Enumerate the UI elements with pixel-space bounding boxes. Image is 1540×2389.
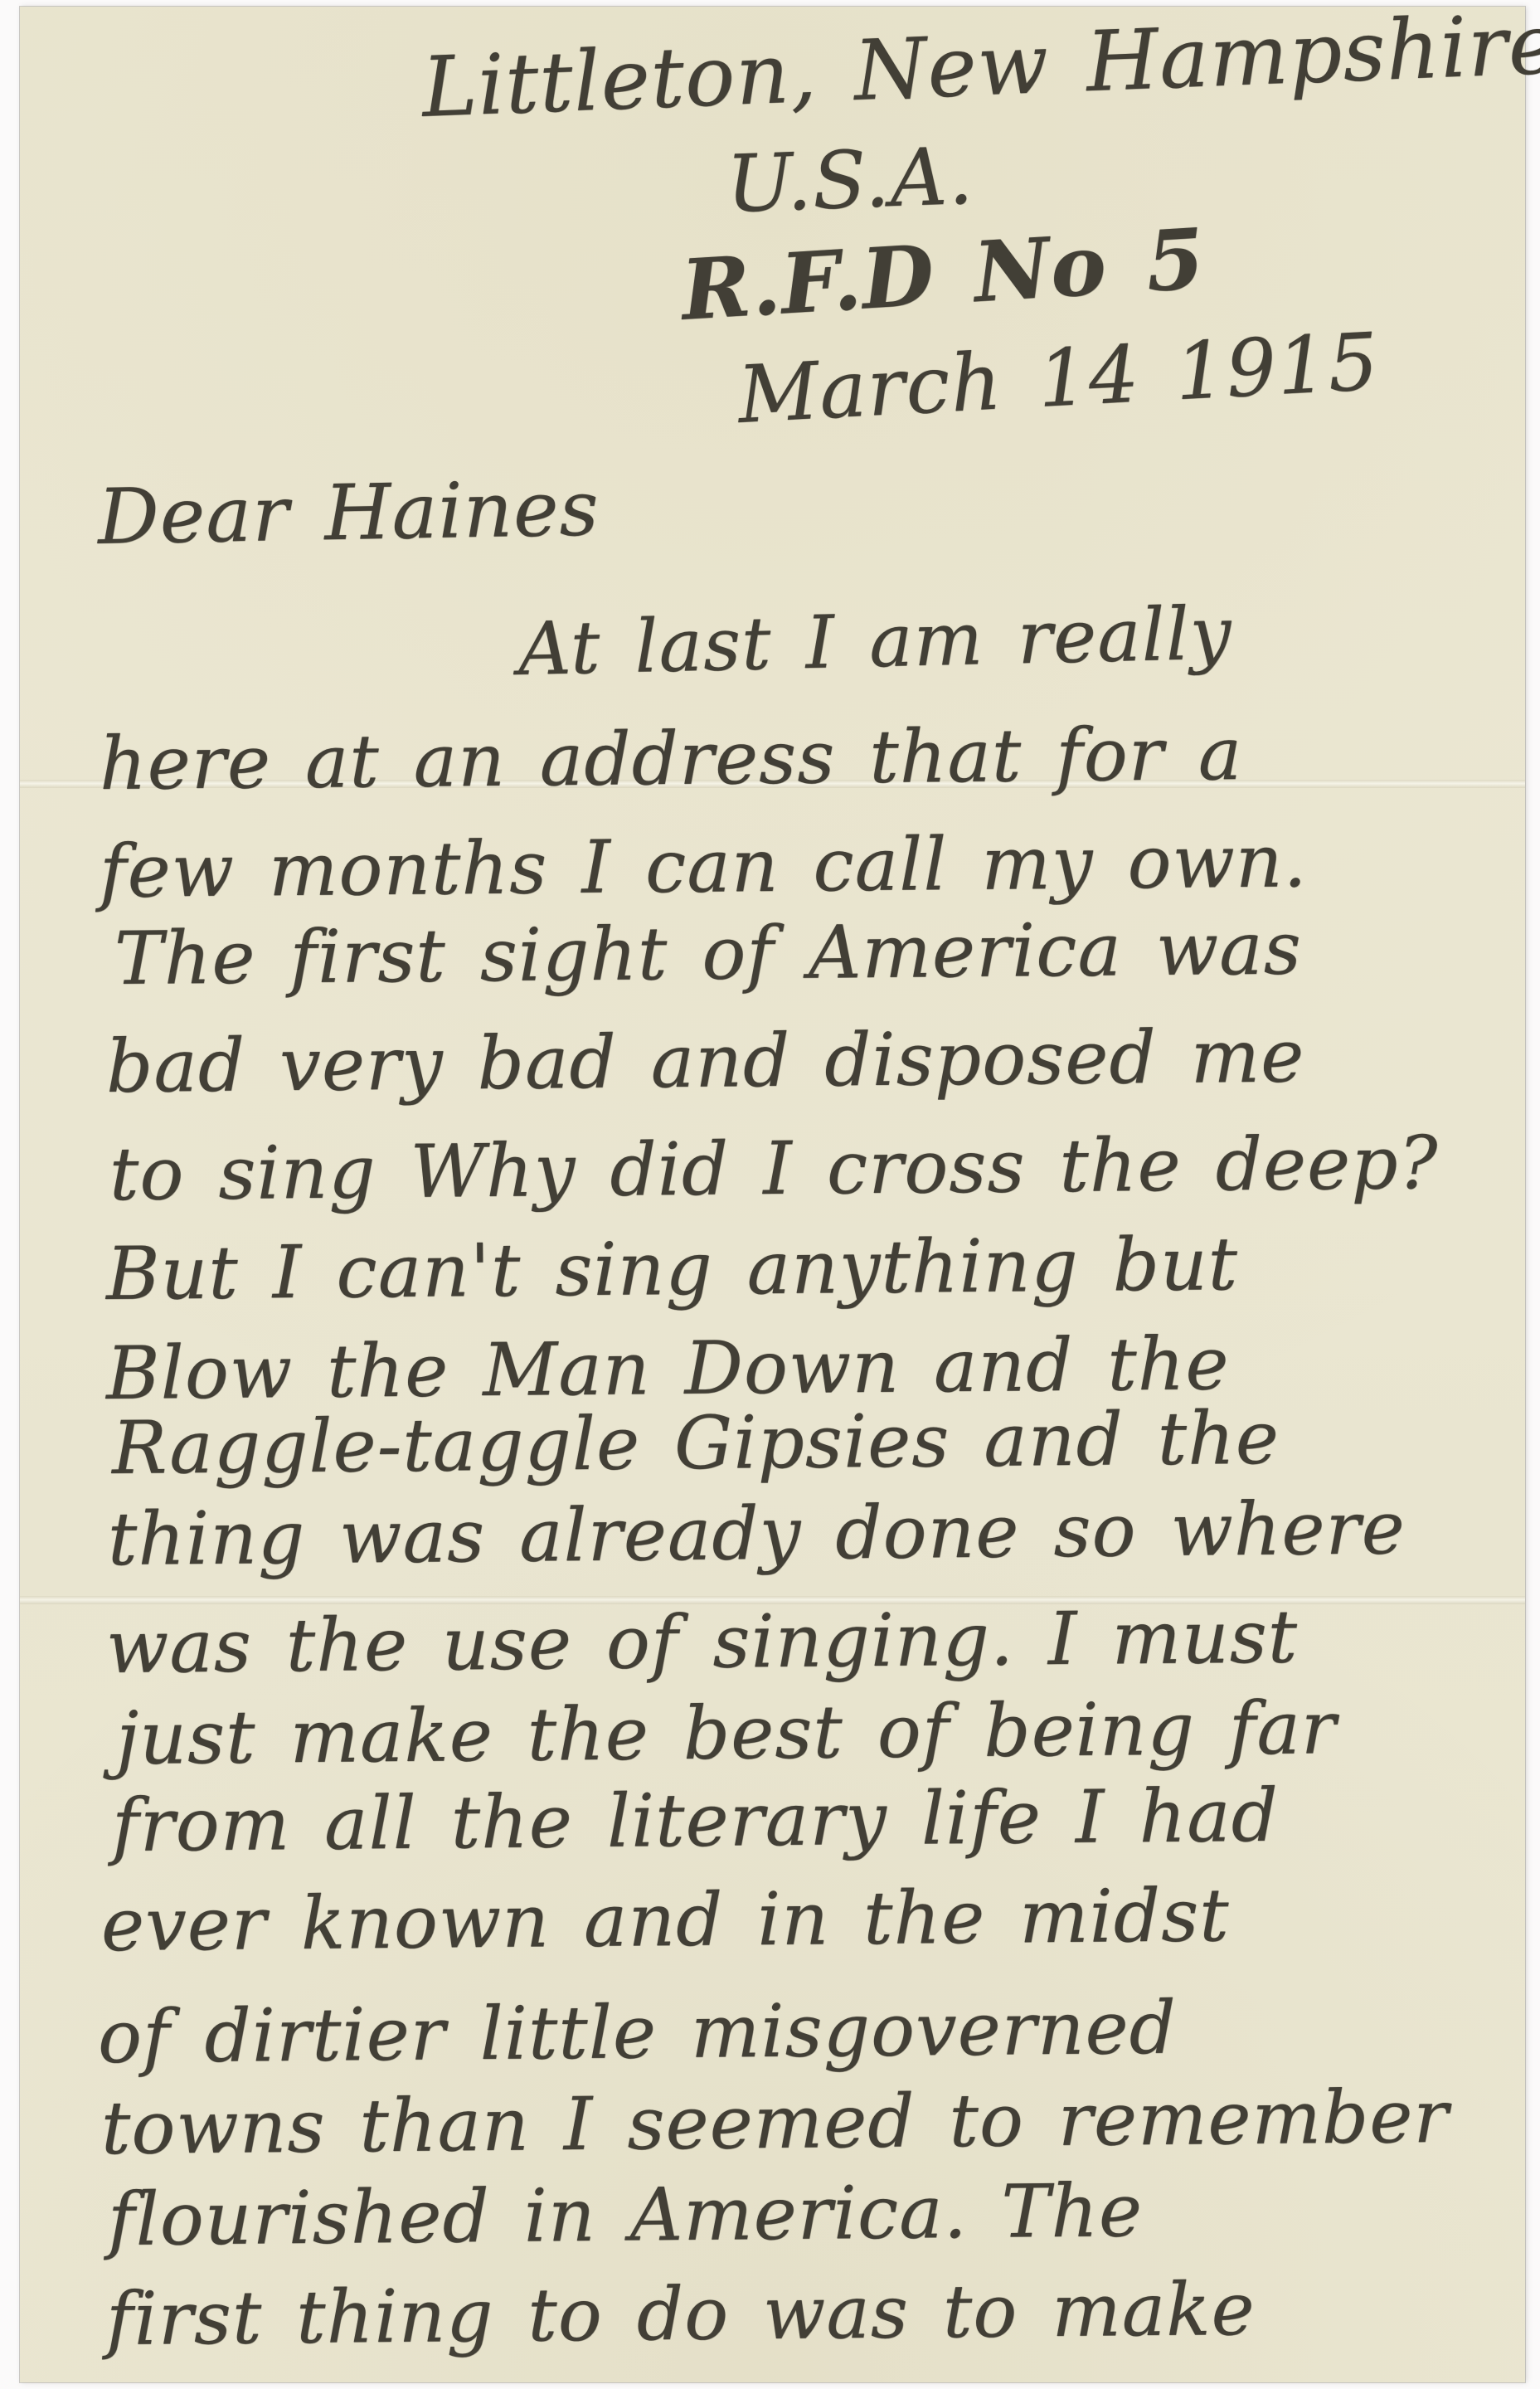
body-line-4: The first sight of America was bbox=[114, 912, 1303, 995]
body-line-13: from all the literary life I had bbox=[112, 1779, 1280, 1862]
body-line-7: But I can't sing anything but bbox=[106, 1228, 1239, 1311]
body-line-15: of dirtier little misgoverned bbox=[98, 1992, 1178, 2074]
letter-scan: Littleton, New Hampshire U.S.A. R.F.D No… bbox=[0, 0, 1540, 2389]
body-line-17: flourished in America. The bbox=[108, 2174, 1144, 2256]
heading-date-line: March 14 1915 bbox=[736, 324, 1382, 435]
body-line-2: here at an address that for a bbox=[100, 718, 1243, 800]
body-line-6: to sing Why did I cross the deep? bbox=[109, 1126, 1439, 1211]
body-line-18: first thing to do was to make bbox=[106, 2273, 1256, 2356]
body-line-16: towns than I seemed to remember bbox=[101, 2080, 1450, 2165]
salutation: Dear Haines bbox=[97, 470, 600, 556]
heading-route-line: R.F.D No 5 bbox=[679, 217, 1207, 332]
body-line-9: Raggle-taggle Gipsies and the bbox=[112, 1402, 1280, 1485]
body-line-3: few months I can call my own. bbox=[100, 825, 1308, 908]
letter-paper: Littleton, New Hampshire U.S.A. R.F.D No… bbox=[20, 7, 1525, 2382]
body-line-12: just make the best of being far bbox=[116, 1691, 1338, 1775]
body-line-11: was the use of singing. I must bbox=[106, 1600, 1299, 1684]
heading-place-line: Littleton, New Hampshire bbox=[420, 2, 1540, 129]
body-line-14: ever known and in the midst bbox=[101, 1879, 1230, 1962]
body-line-10: thing was already done so where bbox=[108, 1491, 1406, 1576]
body-line-1: At last I am really bbox=[517, 596, 1232, 686]
heading-country-line: U.S.A. bbox=[725, 138, 974, 225]
body-line-5: bad very bad and disposed me bbox=[106, 1019, 1305, 1103]
